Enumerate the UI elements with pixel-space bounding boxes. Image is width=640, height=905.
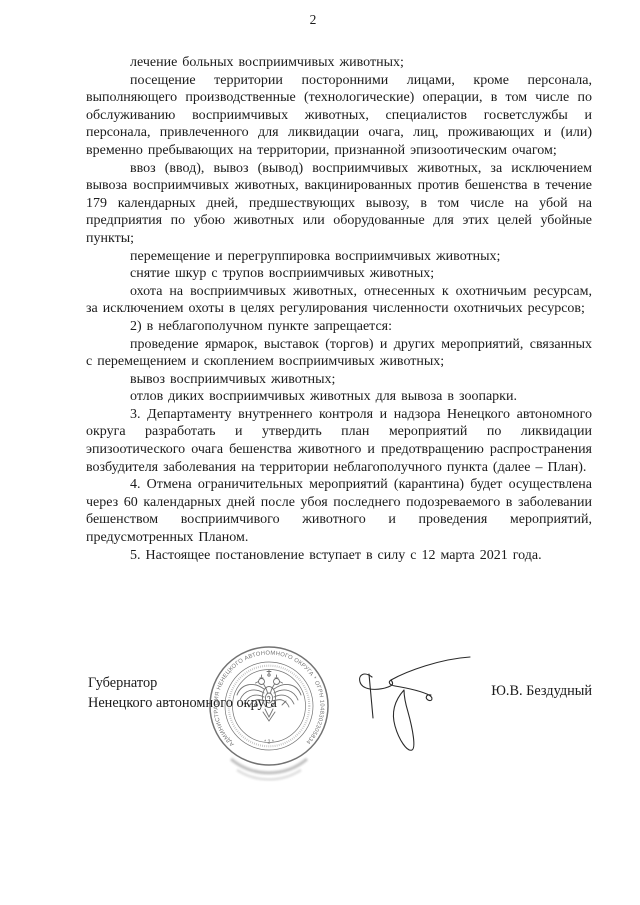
stamp-inner-circle bbox=[233, 670, 306, 743]
paragraph: 2) в неблагополучном пункте запрещается: bbox=[86, 318, 592, 336]
stamp-smudge-arc bbox=[231, 759, 307, 773]
paragraph: перемещение и перегруппировка восприимчи… bbox=[86, 248, 592, 266]
document-page: 2 лечение больных восприимчивых животных… bbox=[0, 0, 640, 905]
page-number: 2 bbox=[0, 12, 626, 28]
paragraph: посещение территории посторонними лицами… bbox=[86, 72, 592, 160]
document-body: лечение больных восприимчивых животных; … bbox=[86, 54, 592, 564]
official-stamp: АДМИНИСТРАЦИЯ НЕНЕЦКОГО АВТОНОМНОГО ОКРУ… bbox=[207, 644, 331, 794]
signatory-name: Ю.В. Бездудный bbox=[491, 674, 592, 713]
paragraph: 4. Отмена ограничительных мероприятий (к… bbox=[86, 476, 592, 546]
paragraph: лечение больных восприимчивых животных; bbox=[86, 54, 592, 72]
paragraph: охота на восприимчивых животных, отнесен… bbox=[86, 283, 592, 318]
handwritten-signature bbox=[345, 645, 495, 760]
paragraph: снятие шкур с трупов восприимчивых живот… bbox=[86, 265, 592, 283]
signature-block: Губернатор Ненецкого автономного округа … bbox=[88, 674, 592, 713]
stamp-center-mark: * 2 * bbox=[264, 740, 274, 746]
paragraph: вывоз восприимчивых животных; bbox=[86, 371, 592, 389]
paragraph: отлов диких восприимчивых животных для в… bbox=[86, 388, 592, 406]
paragraph: 3. Департаменту внутреннего контроля и н… bbox=[86, 406, 592, 476]
stamp-middle-circle bbox=[225, 662, 313, 750]
paragraph: проведение ярмарок, выставок (торгов) и … bbox=[86, 336, 592, 371]
paragraph: 5. Настоящее постановление вступает в си… bbox=[86, 547, 592, 565]
stamp-microtext-ring bbox=[229, 666, 310, 747]
paragraph: ввоз (ввод), вывоз (вывод) восприимчивых… bbox=[86, 160, 592, 248]
coat-of-arms-eagle-icon bbox=[237, 670, 301, 721]
